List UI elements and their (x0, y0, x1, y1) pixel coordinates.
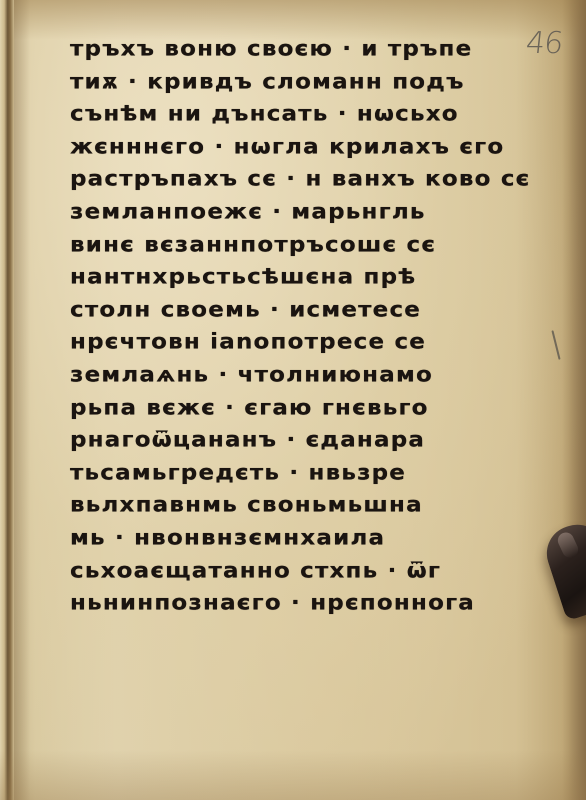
manuscript-text-block: тръхъ воню своєю · и тръпе тиѫ · кривдъ … (70, 33, 540, 620)
text-line: рнагоѿцананъ · єданара (70, 425, 540, 455)
text-line: жєнннєго · нѡгла крилахъ єго (70, 132, 540, 162)
text-line: ньнинпознаєго · нрєпоннога (70, 588, 540, 618)
pencil-margin-mark (551, 330, 560, 360)
text-line: вьлхпавнмь своньмьшна (70, 491, 540, 521)
page-right-edge (562, 0, 586, 800)
text-line: нантнхрьстьсѣшєна прѣ (70, 262, 540, 292)
text-line: тръхъ воню своєю · и тръпе (70, 34, 540, 64)
text-line: тьсамьгредєть · нвьзре (70, 458, 540, 488)
text-line: столн своемь · исметесе (70, 295, 540, 325)
text-line: сънѣм ни дънсать · нѡсьхо (70, 99, 540, 129)
text-line: землаѧнь · чтолниюнамо (70, 360, 540, 390)
text-line: мь · нвонвнзємнхаила (70, 523, 540, 553)
gutter-shadow (14, 0, 30, 800)
text-line: нрєчтовн ianопотресе се (70, 328, 540, 358)
text-line: винє вєзаннпотръсошє сє (70, 230, 540, 260)
manuscript-page: 46 тръхъ воню своєю · и тръпе тиѫ · крив… (0, 0, 586, 800)
text-line: тиѫ · кривдъ сломанн подъ (70, 67, 540, 97)
text-line: сьхоаєщатанно стхпь · ѿг (70, 556, 540, 586)
text-line: земланпоежє · марьнгль (70, 197, 540, 227)
binding-gutter (0, 0, 14, 800)
text-line: рьпа вєжє · єгаю гнєвьго (70, 393, 540, 423)
text-line: растръпахъ сє · н ванхъ ково сє (70, 165, 540, 195)
